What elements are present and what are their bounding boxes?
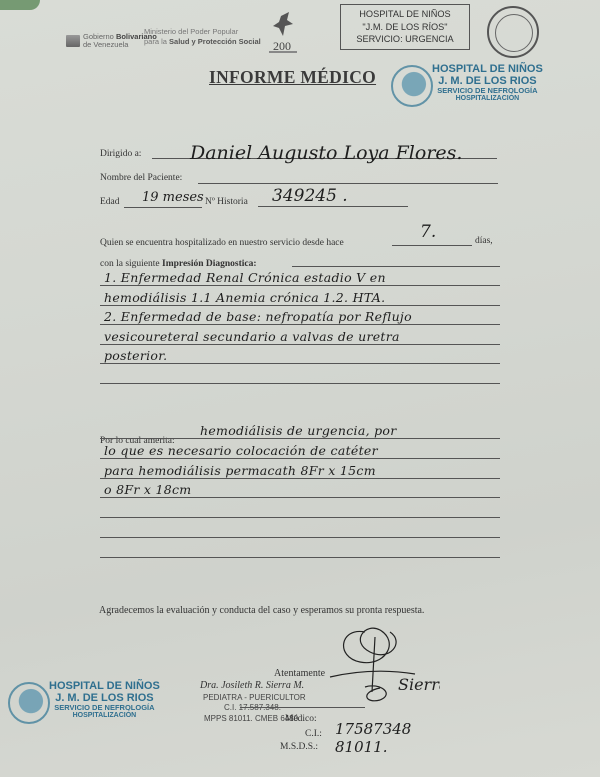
svg-text:Sierra: Sierra xyxy=(398,675,440,694)
diagnostico_lines-text[interactable]: hemodiálisis 1.1 Anemia crónica 1.2. HTA… xyxy=(104,290,385,305)
edad-label: Edad xyxy=(100,197,120,207)
amerita_lines-rule xyxy=(100,537,500,538)
historia-label: Nº Historia xyxy=(205,197,248,207)
amerita_lines-text[interactable]: lo que es necesario colocación de catéte… xyxy=(104,443,378,458)
paciente-value[interactable]: Daniel Augusto Loya Flores. xyxy=(190,142,462,164)
diagnostico_lines-rule xyxy=(100,305,500,306)
stamp-logo-icon xyxy=(391,65,433,107)
amerita_lines-text[interactable]: hemodiálisis de urgencia, por xyxy=(200,423,397,438)
government-emblem-icon xyxy=(66,35,80,47)
paciente-label: Nombre del Paciente: xyxy=(100,173,182,183)
diagnostico_lines-rule xyxy=(100,285,500,286)
edad-field-line xyxy=(124,207,202,208)
atentamente-label: Atentamente xyxy=(274,668,325,679)
ci-label: C.I.: xyxy=(305,729,322,739)
doctor-specialty: PEDIATRA - PUERICULTOR xyxy=(203,693,306,702)
diagnostico_lines-rule xyxy=(100,344,500,345)
amerita_lines-text[interactable]: para hemodiálisis permacath 8Fr x 15cm xyxy=(104,463,376,478)
medico-label: Médico: xyxy=(285,714,317,724)
diagnostico-field-line-0 xyxy=(292,266,500,267)
nephrology-stamp-bottom: HOSPITAL DE NIÑOS J. M. DE LOS RIOS SERV… xyxy=(15,680,160,720)
historia-field-line xyxy=(258,206,408,207)
page-title: INFORME MÉDICO xyxy=(209,67,376,88)
amerita_lines-rule xyxy=(100,557,500,558)
paciente-field-line xyxy=(198,183,498,184)
hospital-seal-icon xyxy=(487,6,539,58)
hospital-header-box: HOSPITAL DE NIÑOS "J.M. DE LOS RÍOS" SER… xyxy=(340,4,470,50)
diagnostico_lines-text[interactable]: posterior. xyxy=(104,348,167,363)
nephrology-stamp-top: HOSPITAL DE NIÑOS J. M. DE LOS RIOS SERV… xyxy=(398,63,543,103)
diagnostico_lines-rule xyxy=(100,363,500,364)
amerita_lines-text[interactable]: o 8Fr x 18cm xyxy=(104,482,191,497)
photo-background-corner xyxy=(0,0,40,10)
svg-text:200: 200 xyxy=(273,39,291,53)
signature-line xyxy=(240,707,365,708)
dias-label: días, xyxy=(475,236,493,246)
diagnostico_lines-rule xyxy=(100,324,500,325)
dias-value[interactable]: 7. xyxy=(420,222,436,242)
amerita_lines-rule xyxy=(100,497,500,498)
diagnostico_lines-text[interactable]: 2. Enfermedad de base: nefropatía por Re… xyxy=(104,309,412,324)
amerita_lines-rule xyxy=(100,438,500,439)
diagnostico_lines-text[interactable]: 1. Enfermedad Renal Crónica estadio V en xyxy=(104,270,386,285)
amerita_lines-rule xyxy=(100,458,500,459)
msds-label: M.S.D.S.: xyxy=(280,742,318,752)
closing-text: Agradecemos la evaluación y conducta del… xyxy=(99,605,424,616)
doctor-name: Dra. Josileth R. Sierra M. xyxy=(200,680,304,691)
diagnostico_lines-rule xyxy=(100,383,500,384)
bicentennial-logo-icon: 200 xyxy=(263,10,303,54)
ministry-logo: Ministerio del Poder Popular para la Sal… xyxy=(144,27,261,47)
hospitalizado-label: Quien se encuentra hospitalizado en nues… xyxy=(100,238,344,248)
edad-value[interactable]: 19 meses xyxy=(142,190,204,205)
historia-value[interactable]: 349245 . xyxy=(272,186,348,206)
msds-value[interactable]: 81011. xyxy=(335,738,388,756)
diagnostico_lines-text[interactable]: vesicoureteral secundario a valvas de ur… xyxy=(104,329,400,344)
diagnostico-label: con la siguiente Impresión Diagnostica: xyxy=(100,259,257,269)
amerita_lines-rule xyxy=(100,478,500,479)
stamp-logo-icon xyxy=(8,682,50,724)
dias-field-line xyxy=(392,245,472,246)
amerita_lines-rule xyxy=(100,517,500,518)
dirigido-label: Dirigido a: xyxy=(100,149,141,159)
handwritten-signature: Sierra xyxy=(320,622,440,704)
ci-value[interactable]: 17587348 xyxy=(335,720,411,738)
